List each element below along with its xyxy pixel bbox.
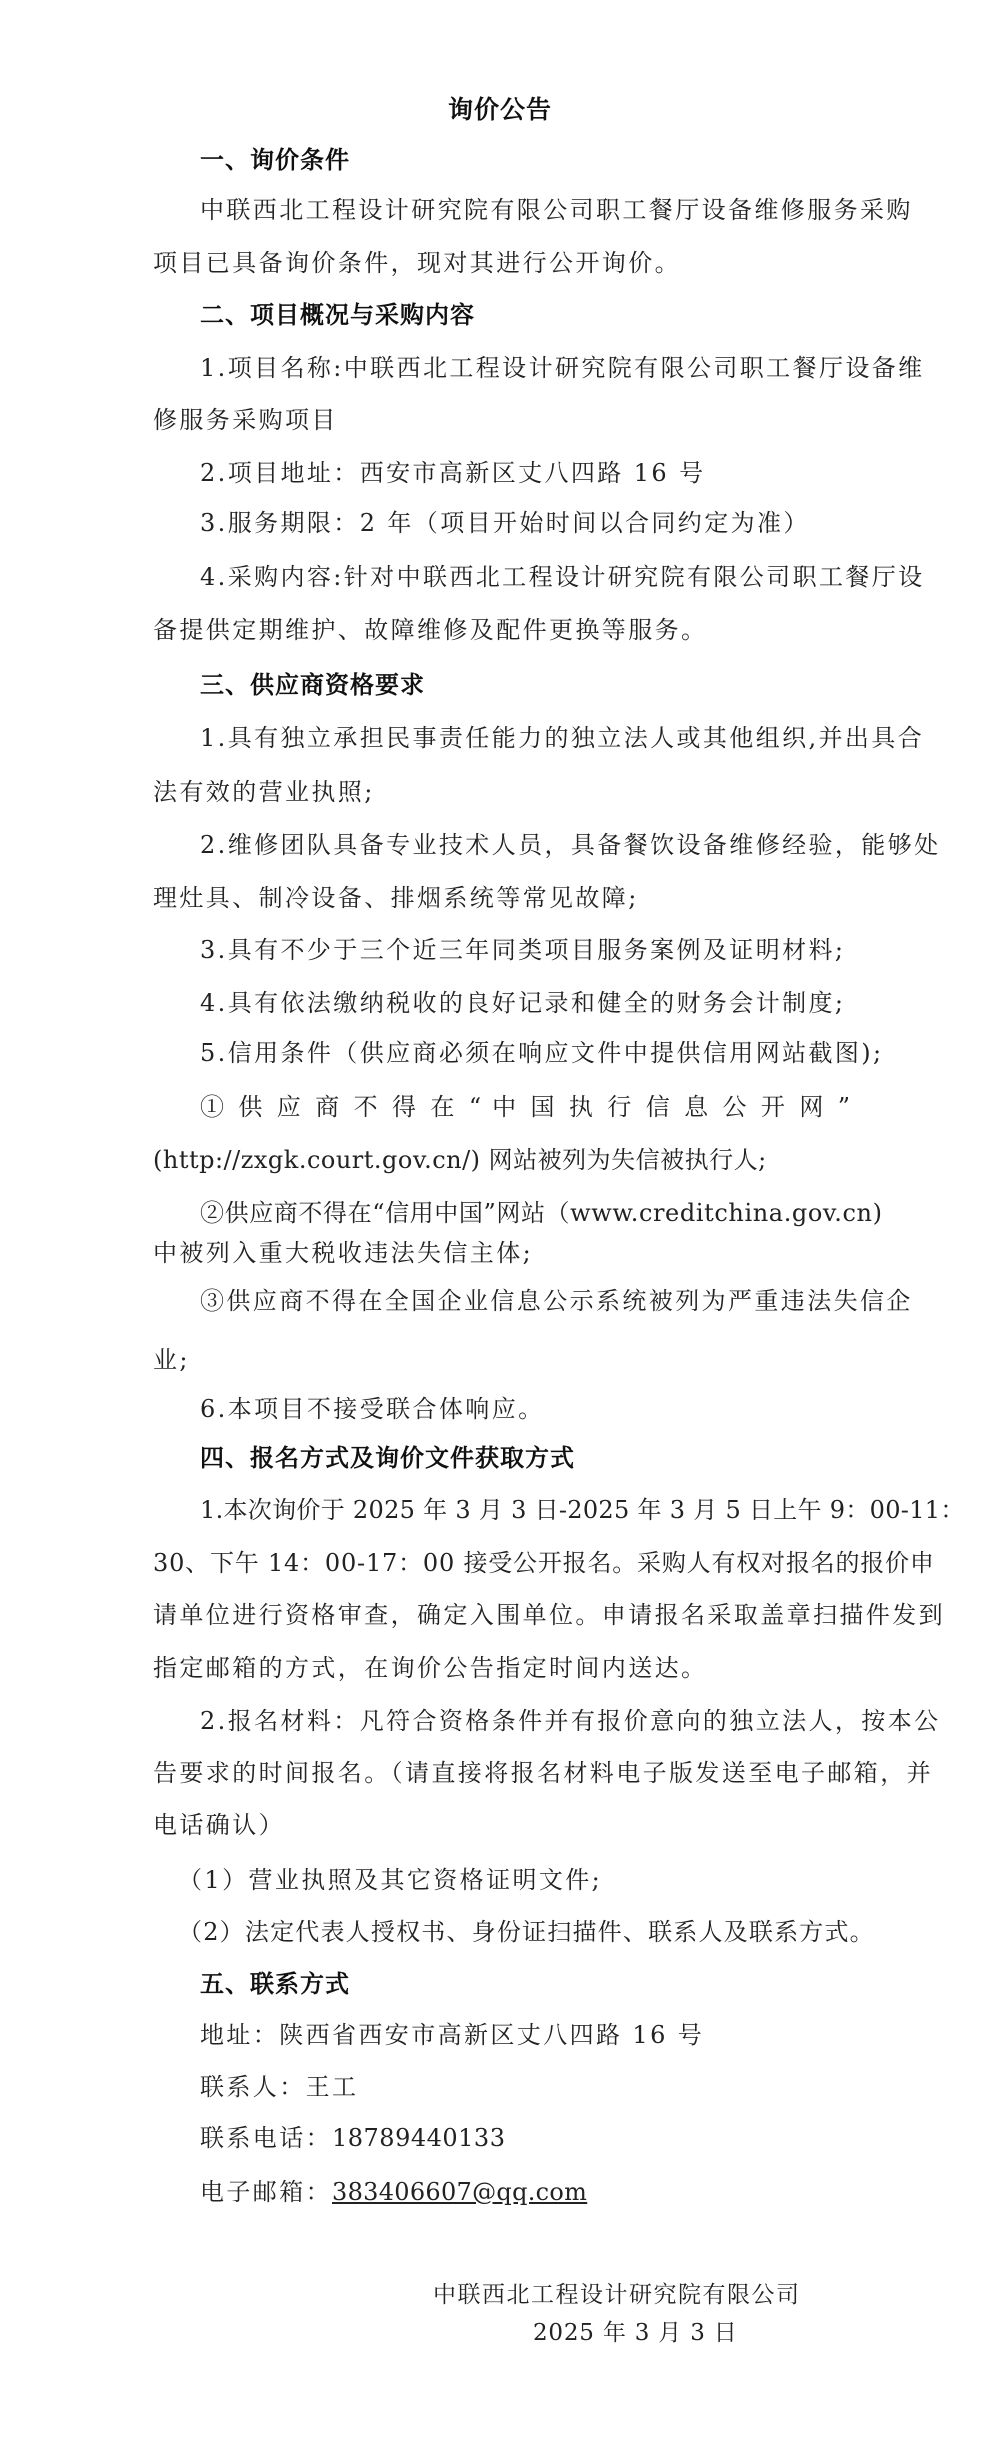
paragraph-line: ②供应商不得在“信用中国”网站（www.creditchina.gov.cn) <box>200 1195 850 1231</box>
paragraph-line: 1.具有独立承担民事责任能力的独立法人或其他组织,并出具合 <box>200 720 850 756</box>
paragraph-line: 中联西北工程设计研究院有限公司职工餐厅设备维修服务采购 <box>200 192 850 228</box>
paragraph-line: 5.信用条件（供应商必须在响应文件中提供信用网站截图); <box>200 1035 850 1071</box>
paragraph-line: （2）法定代表人授权书、身份证扫描件、联系人及联系方式。 <box>178 1914 875 1950</box>
signature-date: 2025 年 3 月 3 日 <box>533 2316 738 2350</box>
contact-person: 联系人：王工 <box>200 2069 850 2105</box>
paragraph-line: ③供应商不得在全国企业信息公示系统被列为严重违法失信企 <box>200 1283 850 1319</box>
section-heading-inquiry-conditions: 一、询价条件 <box>200 142 850 178</box>
section-heading-supplier-qualifications: 三、供应商资格要求 <box>200 667 850 703</box>
paragraph-line: 业; <box>153 1342 850 1378</box>
paragraph-line: 1.项目名称:中联西北工程设计研究院有限公司职工餐厅设备维 <box>200 350 850 386</box>
paragraph-line: 1.本次询价于 2025 年 3 月 3 日-2025 年 3 月 5 日上午 … <box>200 1492 850 1528</box>
contact-email-label: 电子邮箱： <box>200 2178 332 2206</box>
paragraph-line: 修服务采购项目 <box>153 402 850 438</box>
paragraph-line: ① 供 应 商 不 得 在 “ 中 国 执 行 信 息 公 开 网 ” <box>200 1089 850 1125</box>
paragraph-line: 4.具有依法缴纳税收的良好记录和健全的财务会计制度; <box>200 985 850 1021</box>
paragraph-line: 请单位进行资格审查，确定入围单位。申请报名采取盖章扫描件发到 <box>153 1597 850 1633</box>
contact-person-label: 联系人： <box>200 2073 306 2101</box>
paragraph-line: 电话确认） <box>153 1807 850 1843</box>
paragraph-line: 2.维修团队具备专业技术人员，具备餐饮设备维修经验，能够处 <box>200 827 850 863</box>
paragraph-line: 3.服务期限：2 年（项目开始时间以合同约定为准） <box>200 505 850 541</box>
announcement-page: 询价公告 一、询价条件 中联西北工程设计研究院有限公司职工餐厅设备维修服务采购 … <box>0 0 1000 2445</box>
paragraph-line: 3.具有不少于三个近三年同类项目服务案例及证明材料; <box>200 932 850 968</box>
section-heading-contact: 五、联系方式 <box>200 1966 850 2002</box>
paragraph-line: 6.本项目不接受联合体响应。 <box>200 1391 850 1427</box>
contact-address: 地址：陕西省西安市高新区丈八四路 16 号 <box>200 2017 850 2053</box>
paragraph-line: (http://zxgk.court.gov.cn/) 网站被列为失信被执行人; <box>153 1142 850 1178</box>
paragraph-line: 4.采购内容:针对中联西北工程设计研究院有限公司职工餐厅设 <box>200 559 850 595</box>
paragraph-line: 指定邮箱的方式，在询价公告指定时间内送达。 <box>153 1650 850 1686</box>
contact-phone-label: 联系电话： <box>200 2124 332 2152</box>
contact-email: 电子邮箱：383406607@qq.com <box>200 2174 850 2210</box>
section-heading-project-overview: 二、项目概况与采购内容 <box>200 297 850 333</box>
contact-address-label: 地址： <box>200 2021 279 2049</box>
paragraph-line: 理灶具、制冷设备、排烟系统等常见故障; <box>153 880 850 916</box>
paragraph-line: 备提供定期维护、故障维修及配件更换等服务。 <box>153 612 850 648</box>
paragraph-line: 告要求的时间报名。（请直接将报名材料电子版发送至电子邮箱，并 <box>153 1755 850 1791</box>
paragraph-line: 中被列入重大税收违法失信主体; <box>153 1235 850 1271</box>
paragraph-line: 2.报名材料：凡符合资格条件并有报价意向的独立法人，按本公 <box>200 1703 850 1739</box>
contact-person-value: 王工 <box>306 2073 359 2101</box>
contact-email-link[interactable]: 383406607@qq.com <box>332 2178 587 2206</box>
contact-phone: 联系电话：18789440133 <box>200 2120 850 2156</box>
signature-company: 中联西北工程设计研究院有限公司 <box>433 2278 801 2312</box>
contact-phone-value: 18789440133 <box>332 2124 505 2152</box>
section-heading-registration: 四、报名方式及询价文件获取方式 <box>200 1440 850 1476</box>
paragraph-line: 项目已具备询价条件，现对其进行公开询价。 <box>153 245 850 281</box>
contact-address-value: 陕西省西安市高新区丈八四路 16 号 <box>279 2021 704 2049</box>
paragraph-line: （1）营业执照及其它资格证明文件; <box>178 1862 875 1898</box>
paragraph-line: 2.项目地址：西安市高新区丈八四路 16 号 <box>200 455 850 491</box>
paragraph-line: 法有效的营业执照; <box>153 774 850 810</box>
page-title: 询价公告 <box>0 92 1000 128</box>
paragraph-line: 30、下午 14：00-17：00 接受公开报名。采购人有权对报名的报价申 <box>153 1545 850 1581</box>
